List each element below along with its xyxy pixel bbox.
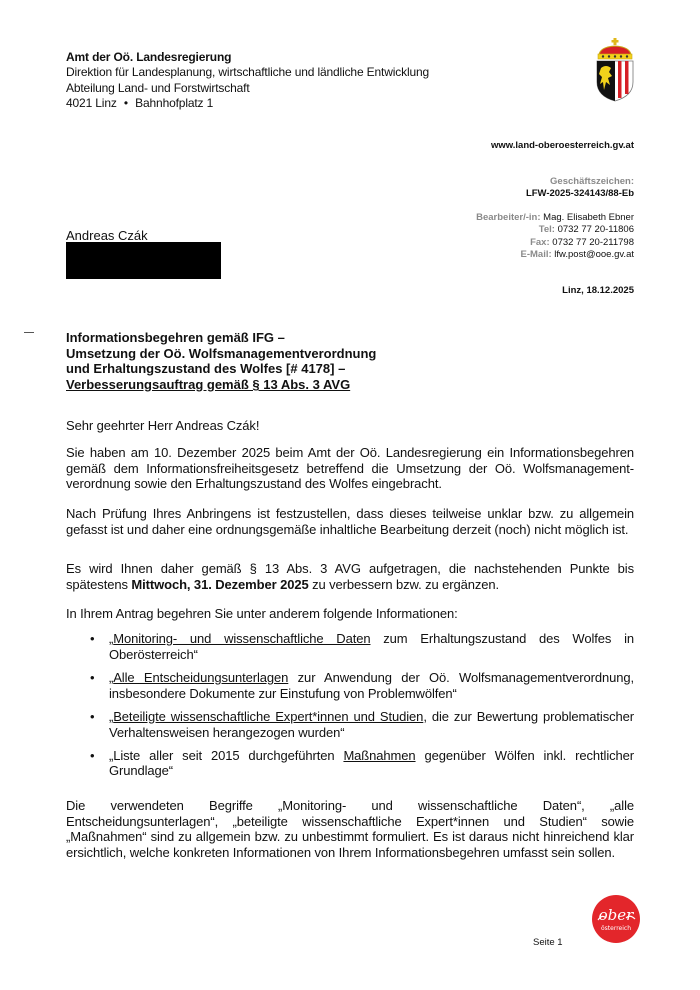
sender-street: Bahnhofplatz 1 [135,96,213,110]
fax-number: 0732 77 20-211798 [552,237,634,248]
clerk-name: Mag. Elisabeth Ebner [543,212,634,223]
reference-block: Geschäftszeichen: LFW-2025-324143/88-Eb [526,176,634,199]
email-label: E-Mail: [521,249,552,260]
bullet-underlined: Maßnahmen [343,748,415,763]
bullet-underlined: Beteiligte wissenschaftliche Expert*inne… [113,709,423,724]
logo-word: ober [599,906,635,924]
bullet-icon: • [90,631,94,647]
list-item: • „Alle Entscheidungsunterlagen zur Anwe… [66,670,634,701]
sender-directorate: Direktion für Landesplanung, wirtschaftl… [66,65,429,80]
website-link[interactable]: www.land-oberoesterreich.gv.at [491,140,634,151]
list-item: • „Liste aller seit 2015 durchgeführten … [66,748,634,779]
email-address[interactable]: lfw.post@ooe.gv.at [554,249,634,260]
paragraph-3: Es wird Ihnen daher gemäß § 13 Abs. 3 AV… [66,561,634,592]
bullet-underlined: Monitoring- und wissenschaftliche Daten [113,631,370,646]
coat-of-arms-icon [593,38,637,102]
tel-label: Tel: [539,224,555,235]
page-number: Seite 1 [533,937,563,948]
sender-city: 4021 Linz [66,96,117,110]
sender-block: Amt der Oö. Landesregierung Direktion fü… [66,50,429,111]
bullet-icon: • [90,748,94,764]
tel-number: 0732 77 20-11806 [558,224,634,235]
subject-line-1: Informationsbegehren gemäß IFG – [66,330,376,346]
redacted-address [66,242,221,279]
oberoesterreich-logo-icon: ober österreich [592,895,640,943]
request-list: • „Monitoring- und wissenschaftliche Dat… [66,631,634,787]
clerk-label: Bearbeiter/-in: [476,212,540,223]
bullet-underlined: Alle Entscheidungsunterlagen [113,670,288,685]
list-item: • „Beteiligte wissenschaftliche Expert*i… [66,709,634,740]
fold-mark [24,332,34,333]
clerk-row: Bearbeiter/-in: Mag. Elisabeth Ebner [476,212,634,224]
sender-address: 4021 Linz • Bahnhofplatz 1 [66,96,429,111]
recipient-name: Andreas Czák [66,228,148,243]
bullet-icon: • [90,670,94,686]
email-row: E-Mail: lfw.post@ooe.gv.at [476,249,634,261]
tel-row: Tel: 0732 77 20-11806 [476,224,634,236]
subject-block: Informationsbegehren gemäß IFG – Umsetzu… [66,330,376,392]
logo-subword: österreich [601,925,631,932]
bullet-icon: • [90,709,94,725]
fax-row: Fax: 0732 77 20-211798 [476,237,634,249]
contact-block: Bearbeiter/-in: Mag. Elisabeth Ebner Tel… [476,212,634,262]
bullet-prefix: „Liste aller seit 2015 durchgeführten [109,748,343,763]
subject-line-2: Umsetzung der Oö. Wolfsmanagementverordn… [66,346,376,362]
paragraph-2: Nach Prüfung Ihres Anbringens ist festzu… [66,506,634,537]
letter-date: Linz, 18.12.2025 [562,285,634,296]
reference-label: Geschäftszeichen: [526,176,634,188]
fax-label: Fax: [530,237,550,248]
subject-line-4: Verbesserungsauftrag gemäß § 13 Abs. 3 A… [66,377,376,393]
paragraph-3-after: zu verbessern bzw. zu ergänzen. [309,577,499,592]
paragraph-1: Sie haben am 10. Dezember 2025 beim Amt … [66,445,634,492]
list-item: • „Monitoring- und wissenschaftliche Dat… [66,631,634,662]
address-separator: • [124,96,128,110]
sender-organization: Amt der Oö. Landesregierung [66,50,429,65]
sender-department: Abteilung Land- und Forstwirtschaft [66,81,429,96]
salutation: Sehr geehrter Herr Andreas Czák! [66,418,634,434]
paragraph-4: In Ihrem Antrag begehren Sie unter ander… [66,606,634,622]
deadline-date: Mittwoch, 31. Dezember 2025 [131,577,308,592]
subject-line-3: und Erhaltungszustand des Wolfes [# 4178… [66,361,376,377]
reference-number: LFW-2025-324143/88-Eb [526,188,634,200]
paragraph-5: Die verwendeten Begriffe „Monitoring- un… [66,798,634,861]
